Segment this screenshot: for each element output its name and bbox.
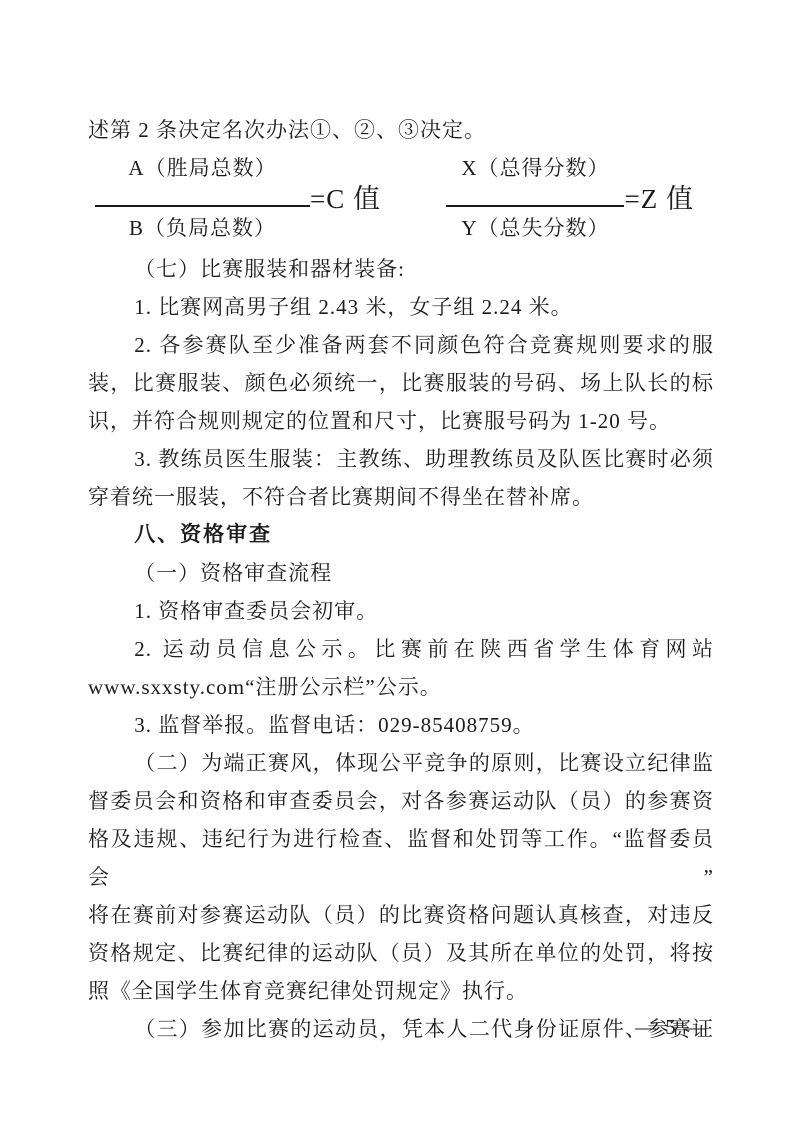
text-line: （二）为端正赛风，体现公平竞争的原则，比赛设立纪律监 xyxy=(88,744,714,782)
formula-result: =Z 值 xyxy=(624,182,693,216)
document-body: 述第 2 条决定名次办法①、②、③决定。 A（胜局总数） B（负局总数） =C … xyxy=(88,111,714,1048)
text-line: 将在赛前对参赛运动队（员）的比赛资格问题认真核查，对违反 xyxy=(88,896,714,934)
document-page: 述第 2 条决定名次办法①、②、③决定。 A（胜局总数） B（负局总数） =C … xyxy=(0,0,800,1131)
text-line: 资格规定、比赛纪律的运动队（员）及其所在单位的处罚，将按 xyxy=(88,934,714,972)
section-heading: 八、资格审查 xyxy=(88,516,714,554)
formula-result: =C 值 xyxy=(310,182,381,216)
text-line: 2. 各参赛队至少准备两套不同颜色符合竞赛规则要求的服 xyxy=(88,326,714,364)
formula-numerator: X（总得分数） xyxy=(446,153,624,183)
text-line: 3. 教练员医生服装：主教练、助理教练员及队医比赛时必须 xyxy=(88,440,714,478)
text-line: 识，并符合规则规定的位置和尺寸，比赛服号码为 1-20 号。 xyxy=(88,402,714,440)
formula-z-value: X（总得分数） Y（总失分数） =Z 值 xyxy=(446,149,714,250)
text-line: www.sxxsty.com“注册公示栏”公示。 xyxy=(88,668,714,706)
text-line: 1. 比赛网高男子组 2.43 米，女子组 2.24 米。 xyxy=(88,288,714,326)
text-line: （七）比赛服装和器材装备: xyxy=(88,250,714,288)
text-line: （三）参加比赛的运动员，凭本人二代身份证原件、参赛证 xyxy=(88,1010,714,1048)
text-line: 装，比赛服装、颜色必须统一，比赛服装的号码、场上队长的标 xyxy=(88,364,714,402)
text-line: 照《全国学生体育竞赛纪律处罚规定》执行。 xyxy=(88,972,714,1010)
formula-row: A（胜局总数） B（负局总数） =C 值 X（总得分数） Y（总失分数） =Z … xyxy=(88,149,714,250)
text-line: （一）资格审查流程 xyxy=(88,554,714,592)
formula-c-value: A（胜局总数） B（负局总数） =C 值 xyxy=(95,149,384,250)
formula-numerator: A（胜局总数） xyxy=(95,153,310,183)
text-lines: （七）比赛服装和器材装备:1. 比赛网高男子组 2.43 米，女子组 2.24 … xyxy=(88,250,714,1048)
formula-denominator: Y（总失分数） xyxy=(446,213,624,243)
formula-denominator: B（负局总数） xyxy=(95,213,310,243)
text-line: 3. 监督举报。监督电话：029-85408759。 xyxy=(88,706,714,744)
fraction-bar xyxy=(95,205,310,207)
intro-line: 述第 2 条决定名次办法①、②、③决定。 xyxy=(88,111,714,149)
page-number: — 5 — xyxy=(635,1012,708,1042)
text-line: 格及违规、违纪行为进行检查、监督和处罚等工作。“监督委员会” xyxy=(88,820,714,896)
fraction-bar xyxy=(446,205,624,207)
text-line: 1. 资格审查委员会初审。 xyxy=(88,592,714,630)
text-line: 穿着统一服装，不符合者比赛期间不得坐在替补席。 xyxy=(88,478,714,516)
text-line: 2. 运动员信息公示。比赛前在陕西省学生体育网站 xyxy=(88,630,714,668)
text-line: 督委员会和资格和审查委员会，对各参赛运动队（员）的参赛资 xyxy=(88,782,714,820)
